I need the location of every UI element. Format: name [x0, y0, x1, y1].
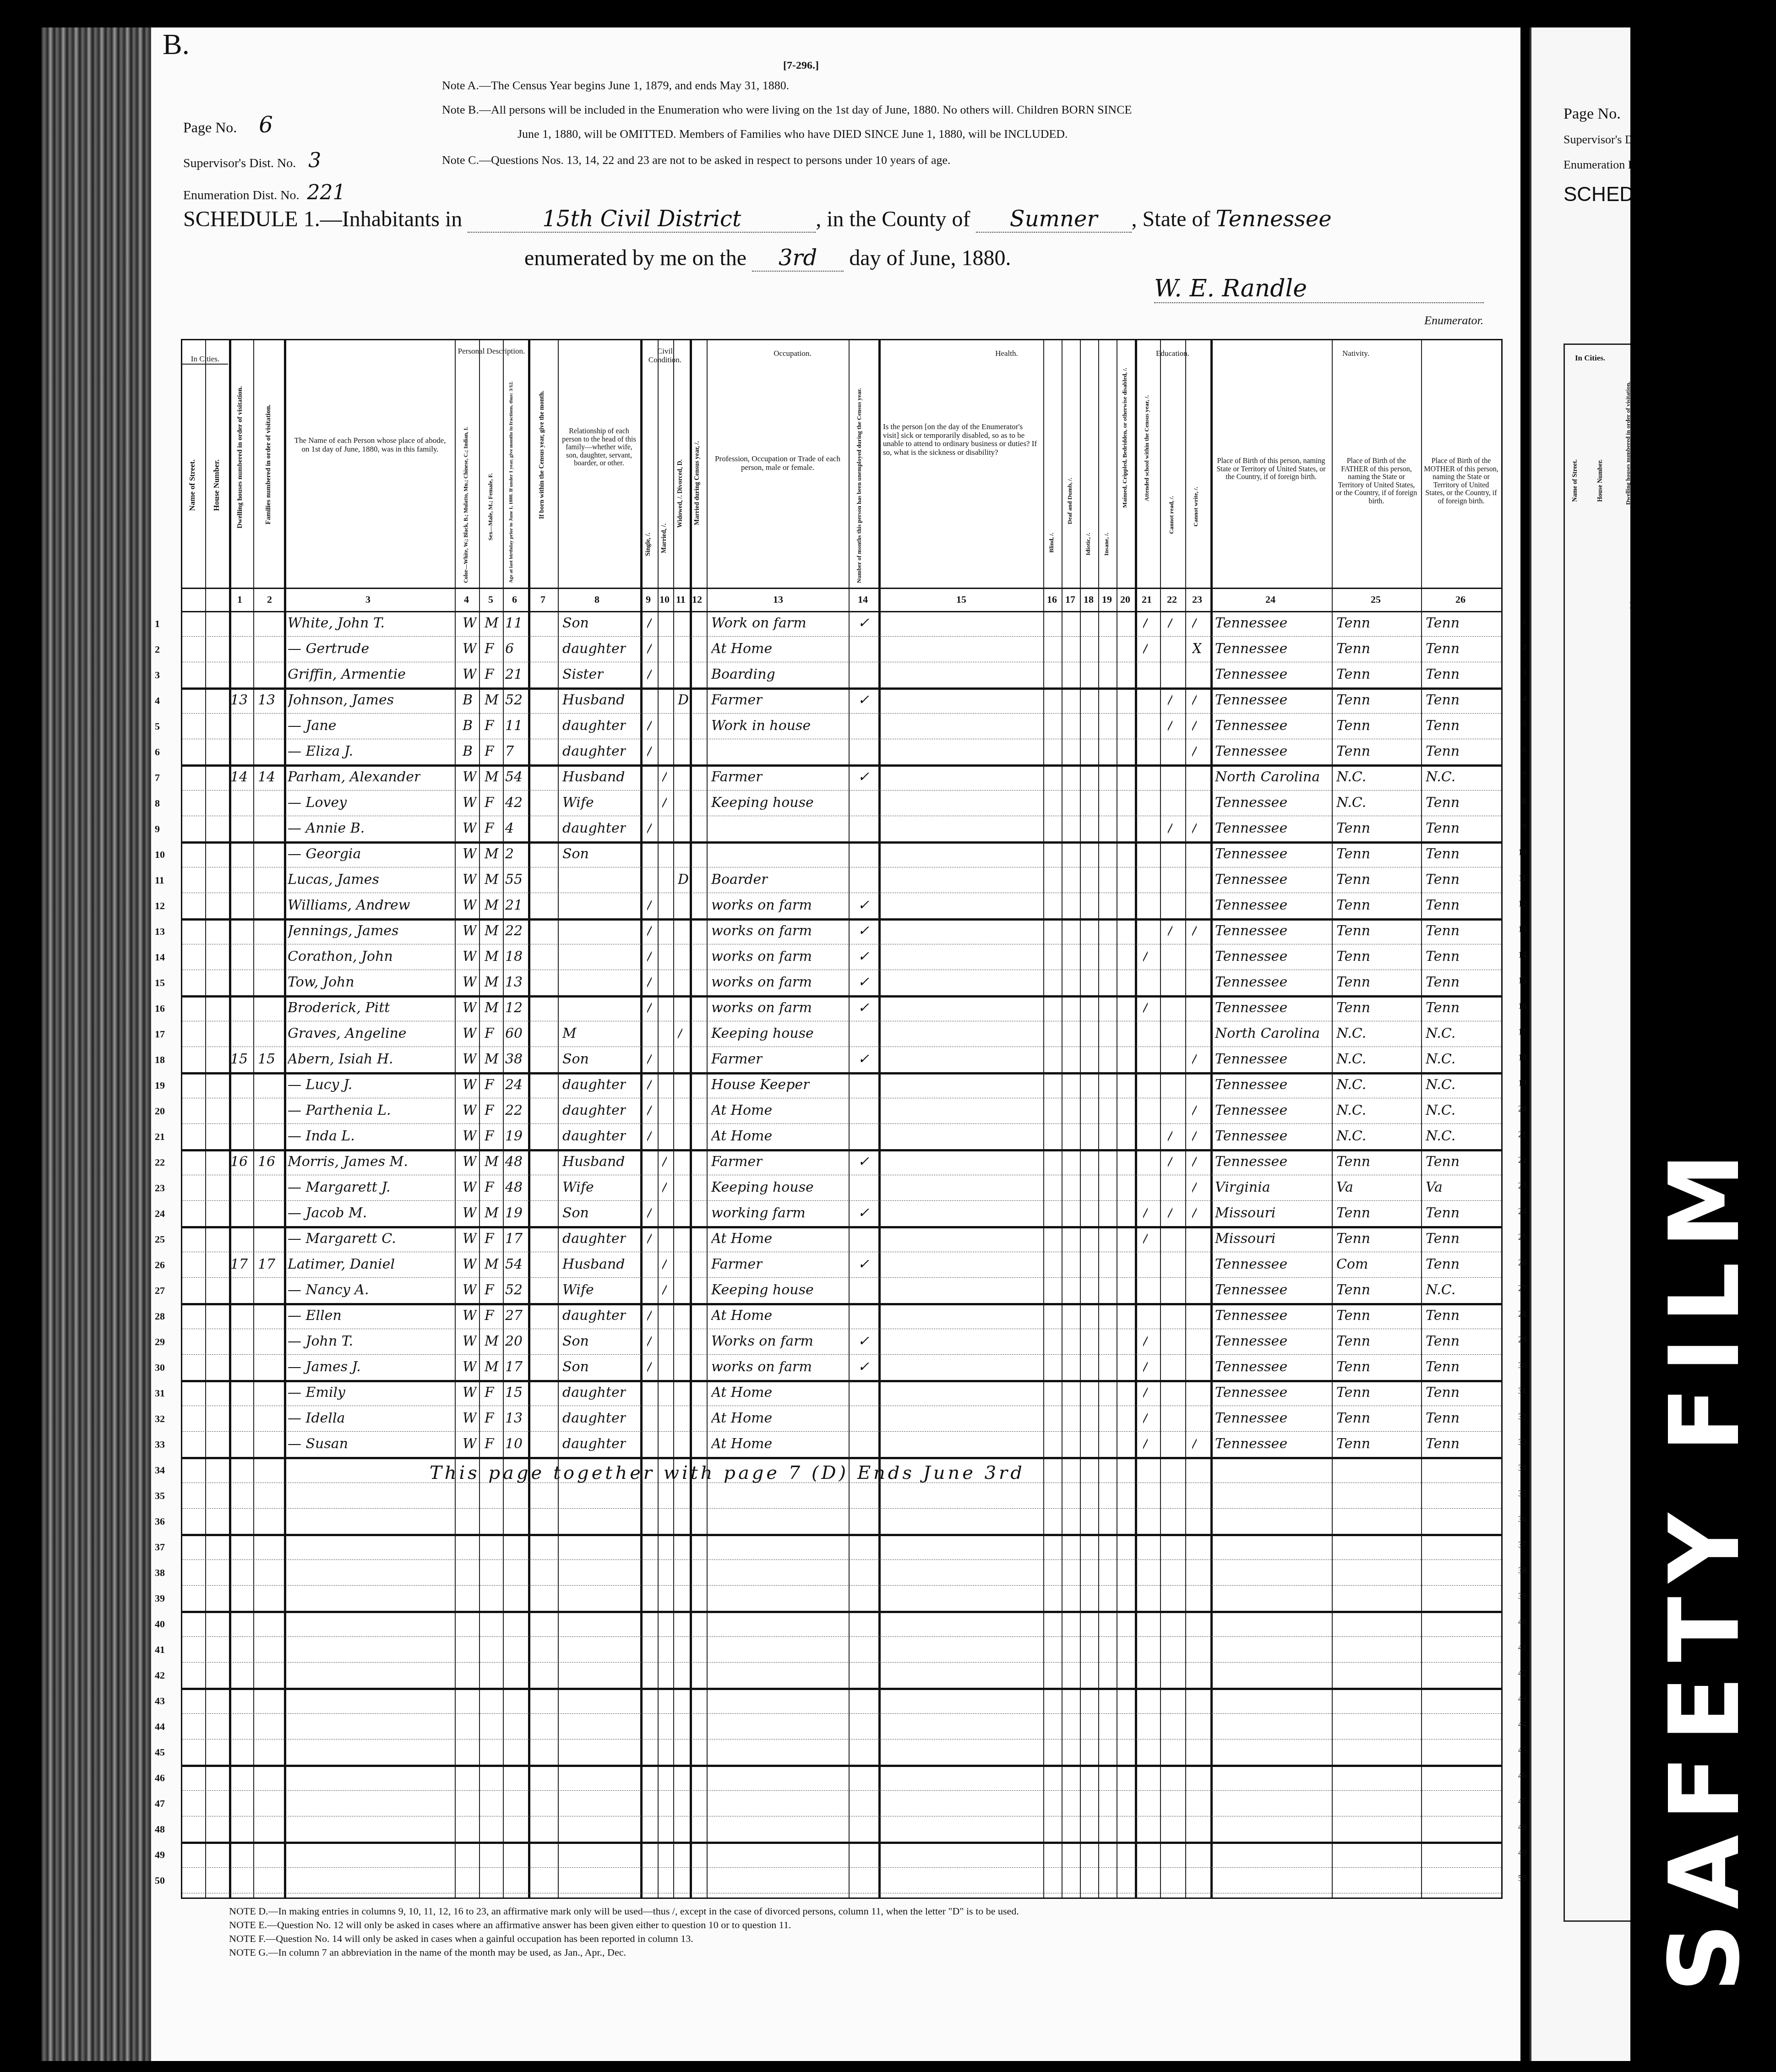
- row-number: 20: [155, 1105, 165, 1117]
- mother-birthplace-cell: Tenn: [1426, 1256, 1460, 1272]
- birthplace-cell: Virginia: [1215, 1179, 1270, 1195]
- note-e: NOTE E.—Question No. 12 will only be ask…: [229, 1919, 791, 1931]
- row-number-right: 35: [1518, 1489, 1526, 1499]
- color-cell: W: [463, 1359, 477, 1375]
- birthplace-cell: North Carolina: [1215, 769, 1320, 785]
- attended-school-cell: /: [1143, 1436, 1148, 1452]
- enumeration-label: Enumeration Dist. No.: [183, 188, 300, 202]
- mother-birthplace-cell: Tenn: [1426, 949, 1460, 965]
- person-name-cell: — Georgia: [288, 846, 361, 862]
- cannot-write-cell: /: [1192, 1205, 1197, 1221]
- single-cell: /: [647, 1077, 652, 1093]
- age-cell: 52: [505, 1282, 523, 1298]
- row-number-right: 9: [1522, 822, 1526, 832]
- supervisor-field: Supervisor's Dist. No. 3: [183, 149, 321, 172]
- row-number-right: 1: [1522, 617, 1526, 627]
- father-birthplace-cell: Tenn: [1336, 1333, 1370, 1349]
- enumerator-signature: W. E. Randle: [1154, 275, 1484, 303]
- birthplace-cell: Missouri: [1215, 1205, 1275, 1221]
- row-number-right: 26: [1518, 1258, 1526, 1268]
- colnum-2: 2: [267, 594, 272, 605]
- row-number-right: 13: [1518, 925, 1526, 934]
- father-birthplace-cell: Tenn: [1336, 692, 1370, 708]
- row-number: 46: [155, 1772, 165, 1784]
- relationship-cell: Son: [562, 1359, 589, 1375]
- row-number-right: 7: [1522, 771, 1526, 780]
- col-insane: Insane, /.: [1103, 533, 1110, 556]
- mother-birthplace-cell: N.C.: [1426, 1282, 1455, 1298]
- col-single: Single, /.: [645, 533, 652, 556]
- row-number: 48: [155, 1823, 165, 1835]
- birthplace-cell: Tennessee: [1215, 1436, 1287, 1452]
- mother-birthplace-cell: Tenn: [1426, 743, 1460, 759]
- birthplace-cell: Tennessee: [1215, 820, 1287, 836]
- page-no-field: Page No. 6: [183, 112, 273, 138]
- relationship-cell: Son: [562, 1051, 589, 1067]
- row-number-right: 33: [1518, 1438, 1526, 1447]
- mother-birthplace-cell: Tenn: [1426, 923, 1460, 939]
- mother-birthplace-cell: Tenn: [1426, 795, 1460, 811]
- occupation-cell: Work in house: [711, 718, 811, 734]
- father-birthplace-cell: Tenn: [1336, 1205, 1370, 1221]
- table-row: 3232— IdellaWF13daughterAt Home/Tennesse…: [182, 1406, 1501, 1432]
- note-a: Note A.—The Census Year begins June 1, 1…: [442, 79, 789, 93]
- relationship-cell: daughter: [562, 641, 626, 657]
- person-name-cell: Latimer, Daniel: [288, 1256, 395, 1272]
- birthplace-cell: Tennessee: [1215, 1308, 1287, 1324]
- person-name-cell: — Lucy J.: [288, 1077, 352, 1093]
- birthplace-cell: Tennessee: [1215, 615, 1287, 631]
- colnum-13: 13: [773, 594, 783, 605]
- attended-school-cell: /: [1143, 1231, 1148, 1247]
- occupation-cell: works on farm: [711, 1359, 812, 1375]
- row-number-right: 12: [1518, 899, 1526, 909]
- table-row: 3333— SusanWF10daughterAt Home//Tennesse…: [182, 1431, 1501, 1459]
- color-cell: W: [463, 1179, 477, 1195]
- occupation-cell: Keeping house: [711, 1025, 814, 1041]
- cannot-write-cell: /: [1192, 1102, 1197, 1118]
- enumerator-label: Enumerator.: [1424, 314, 1483, 327]
- mother-birthplace-cell: Tenn: [1426, 1385, 1460, 1401]
- row-number: 25: [155, 1233, 165, 1245]
- color-cell: W: [463, 641, 477, 657]
- col-family: Families numbered in order of visitation…: [265, 404, 272, 524]
- occupation-cell: At Home: [711, 1436, 772, 1452]
- age-cell: 24: [505, 1077, 523, 1093]
- table-row: 22— GertrudeWF6daughter/At Home/XTenness…: [182, 636, 1501, 662]
- row-number: 49: [155, 1849, 165, 1861]
- colnum-9: 9: [646, 594, 651, 605]
- row-number-right: 45: [1518, 1745, 1526, 1755]
- person-name-cell: Broderick, Pitt: [288, 1000, 390, 1016]
- note-c: Note C.—Questions Nos. 13, 14, 22 and 23…: [442, 153, 951, 167]
- months-unemployed-cell: ✓: [858, 769, 869, 785]
- birthplace-cell: Tennessee: [1215, 1128, 1287, 1144]
- colnum-23: 23: [1192, 594, 1202, 605]
- person-name-cell: — Jane: [288, 718, 337, 734]
- header-health: Health.: [878, 349, 1135, 358]
- father-birthplace-cell: Tenn: [1336, 872, 1370, 888]
- birthplace-cell: Tennessee: [1215, 692, 1287, 708]
- mother-birthplace-cell: Tenn: [1426, 666, 1460, 682]
- mother-birthplace-cell: Tenn: [1426, 615, 1460, 631]
- note-f: NOTE F.—Question No. 14 will only be ask…: [229, 1933, 693, 1945]
- age-cell: 20: [505, 1333, 523, 1349]
- table-row: 2727— Nancy A.WF52Wife/Keeping houseTenn…: [182, 1277, 1501, 1305]
- header-occupation: Occupation.: [707, 349, 878, 358]
- note-b: Note B.—All persons will be included in …: [442, 103, 1132, 117]
- col-school: Attended school within the Census year, …: [1143, 395, 1150, 501]
- colnum-26: 26: [1455, 594, 1465, 605]
- birthplace-cell: North Carolina: [1215, 1025, 1320, 1041]
- father-birthplace-cell: Tenn: [1336, 743, 1370, 759]
- age-cell: 48: [505, 1179, 523, 1195]
- birthplace-cell: Tennessee: [1215, 1359, 1287, 1375]
- row-number: 39: [155, 1592, 165, 1604]
- married-cell: /: [662, 1282, 667, 1298]
- row-number: 16: [155, 1003, 165, 1014]
- sex-cell: F: [485, 1282, 494, 1298]
- person-name-cell: — Gertrude: [288, 641, 369, 657]
- father-birthplace-cell: Tenn: [1336, 1154, 1370, 1170]
- row-number: 19: [155, 1080, 165, 1091]
- family-no-cell: 15: [258, 1051, 275, 1067]
- person-name-cell: Tow, John: [288, 974, 354, 990]
- row-number: 6: [155, 746, 160, 758]
- months-unemployed-cell: ✓: [858, 615, 869, 631]
- sex-cell: F: [485, 1231, 494, 1247]
- relationship-cell: Wife: [562, 1282, 594, 1298]
- occupation-cell: Farmer: [711, 692, 763, 708]
- row-number-right: 42: [1518, 1669, 1526, 1678]
- age-cell: 19: [505, 1128, 523, 1144]
- colnum-15: 15: [956, 594, 966, 605]
- sex-cell: F: [485, 1385, 494, 1401]
- age-cell: 17: [505, 1231, 523, 1247]
- person-name-cell: Lucas, James: [288, 872, 379, 888]
- person-name-cell: — Annie B.: [288, 820, 365, 836]
- person-name-cell: — Parthenia L.: [288, 1102, 391, 1118]
- color-cell: W: [463, 1410, 477, 1426]
- color-cell: W: [463, 872, 477, 888]
- relationship-cell: daughter: [562, 1102, 626, 1118]
- table-row: 88— LoveyWF42Wife/Keeping houseTennessee…: [182, 790, 1501, 816]
- enumeration-field: Enumeration Dist. No. 221: [183, 181, 346, 204]
- col-married-census: Married during Census year, /.: [694, 441, 701, 525]
- row-number: 13: [155, 926, 165, 938]
- person-name-cell: — John T.: [288, 1333, 353, 1349]
- father-birthplace-cell: N.C.: [1336, 769, 1366, 785]
- cannot-read-cell: /: [1168, 1154, 1172, 1170]
- row-number-right: 38: [1518, 1566, 1526, 1576]
- row-number: 5: [155, 720, 160, 732]
- age-cell: 7: [505, 743, 514, 759]
- col-cannot-write: Cannot write, /.: [1192, 487, 1199, 527]
- header-in-cities: In Cities.: [182, 355, 228, 365]
- birthplace-cell: Tennessee: [1215, 641, 1287, 657]
- relationship-cell: daughter: [562, 1385, 626, 1401]
- relationship-cell: Son: [562, 1333, 589, 1349]
- father-birthplace-cell: N.C.: [1336, 1102, 1366, 1118]
- person-name-cell: Morris, James M.: [288, 1154, 408, 1170]
- table-row-empty: 4444: [182, 1713, 1501, 1739]
- row-number-right: 40: [1518, 1617, 1526, 1627]
- page-no-label: Page No.: [183, 119, 237, 136]
- sex-cell: F: [485, 1128, 494, 1144]
- occupation-cell: Work on farm: [711, 615, 806, 631]
- table-row: 33Griffin, ArmentieWF21Sister/BoardingTe…: [182, 662, 1501, 690]
- age-cell: 27: [505, 1308, 523, 1324]
- father-birthplace-cell: Tenn: [1336, 897, 1370, 913]
- col-sickness: Is the person [on the day of the Enumera…: [883, 423, 1039, 457]
- occupation-cell: At Home: [711, 1385, 772, 1401]
- colnum-11: 11: [676, 594, 686, 605]
- cannot-write-cell: /: [1192, 1154, 1197, 1170]
- cannot-read-cell: /: [1168, 820, 1172, 836]
- row-number: 47: [155, 1798, 165, 1810]
- cannot-read-cell: /: [1168, 1205, 1172, 1221]
- table-row: 1212Williams, AndrewWM21/works on farm✓T…: [182, 893, 1501, 921]
- row-number-right: 18: [1518, 1053, 1526, 1063]
- mother-birthplace-cell: Tenn: [1426, 974, 1460, 990]
- age-cell: 22: [505, 1102, 523, 1118]
- right-page-no: Page No.: [1564, 105, 1621, 123]
- married-cell: /: [662, 769, 667, 785]
- person-name-cell: — Eliza J.: [288, 743, 353, 759]
- person-name-cell: — Lovey: [288, 795, 347, 811]
- age-cell: 54: [505, 769, 523, 785]
- enumerated-prefix: enumerated by me on the: [524, 246, 746, 270]
- single-cell: /: [647, 820, 652, 836]
- col-name: The Name of each Person whose place of a…: [290, 436, 450, 453]
- father-birthplace-cell: Tenn: [1336, 1282, 1370, 1298]
- relationship-cell: Husband: [562, 1256, 625, 1272]
- row-number-right: 27: [1518, 1284, 1526, 1293]
- row-number: 38: [155, 1567, 165, 1579]
- row-number-right: 4: [1522, 694, 1526, 703]
- book-binding: [41, 27, 151, 2061]
- table-row-empty: 3838: [182, 1559, 1501, 1586]
- col-married: Married, /.: [661, 523, 668, 553]
- age-cell: 21: [505, 666, 523, 682]
- color-cell: W: [463, 1308, 477, 1324]
- mother-birthplace-cell: Tenn: [1426, 692, 1460, 708]
- row-number: 4: [155, 695, 160, 707]
- father-birthplace-cell: Tenn: [1336, 846, 1370, 862]
- table-row-empty: 4646: [182, 1765, 1501, 1791]
- row-number: 44: [155, 1721, 165, 1733]
- cannot-write-cell: /: [1192, 718, 1197, 734]
- col-sex: Sex—Male, M.; Female, F.: [487, 473, 494, 540]
- birthplace-cell: Tennessee: [1215, 846, 1287, 862]
- color-cell: W: [463, 1128, 477, 1144]
- person-name-cell: — Idella: [288, 1410, 345, 1426]
- mother-birthplace-cell: Tenn: [1426, 718, 1460, 734]
- father-birthplace-cell: Tenn: [1336, 666, 1370, 682]
- col-unemployed: Number of months this person has been un…: [855, 368, 874, 583]
- mother-birthplace-cell: N.C.: [1426, 1128, 1455, 1144]
- months-unemployed-cell: ✓: [858, 949, 869, 965]
- color-cell: W: [463, 795, 477, 811]
- row-number-right: 43: [1518, 1694, 1526, 1704]
- row-number: 23: [155, 1182, 165, 1194]
- row-number: 32: [155, 1413, 165, 1425]
- row-number-right: 5: [1522, 720, 1526, 729]
- right-supervisor: Supervisor's Di: [1564, 133, 1637, 147]
- age-cell: 2: [505, 846, 514, 862]
- col-widowed: Widowed, /. Divorced, D.: [677, 459, 684, 528]
- age-cell: 10: [505, 1436, 523, 1452]
- single-cell: /: [647, 1333, 652, 1349]
- occupation-cell: Works on farm: [711, 1333, 813, 1349]
- married-cell: /: [662, 1154, 667, 1170]
- row-number-right: 39: [1518, 1592, 1526, 1601]
- row-number: 7: [155, 772, 160, 784]
- person-name-cell: — Margarett C.: [288, 1231, 396, 1247]
- relationship-cell: Husband: [562, 692, 625, 708]
- color-cell: W: [463, 615, 477, 631]
- birthplace-cell: Tennessee: [1215, 974, 1287, 990]
- row-number: 33: [155, 1439, 165, 1450]
- sex-cell: F: [485, 641, 494, 657]
- color-cell: W: [463, 1051, 477, 1067]
- attended-school-cell: /: [1143, 1359, 1148, 1375]
- row-number-right: 50: [1518, 1874, 1526, 1883]
- table-row: 1717Graves, AngelineWF60M/Keeping houseN…: [182, 1021, 1501, 1047]
- birthplace-cell: Tennessee: [1215, 923, 1287, 939]
- relationship-cell: daughter: [562, 1128, 626, 1144]
- family-no-cell: 14: [258, 769, 275, 785]
- single-cell: /: [647, 1359, 652, 1375]
- note-b-cont: June 1, 1880, will be OMITTED. Members o…: [518, 127, 1068, 141]
- age-cell: 11: [505, 718, 523, 734]
- col-idiotic: Idiotic, /.: [1084, 533, 1092, 555]
- row-number: 22: [155, 1156, 165, 1168]
- cannot-write-cell: /: [1192, 820, 1197, 836]
- table-row: 1313Jennings, JamesWM22/works on farm✓//…: [182, 918, 1501, 944]
- right-in-cities: In Cities.: [1565, 354, 1615, 363]
- single-cell: /: [647, 641, 652, 657]
- right-col-street: Name of Street.: [1572, 459, 1579, 502]
- colnum-1: 1: [237, 594, 242, 605]
- occupation-cell: works on farm: [711, 1000, 812, 1016]
- table-row: 441313Johnson, JamesBM52HusbandDFarmer✓/…: [182, 687, 1501, 714]
- occupation-cell: Keeping house: [711, 1179, 814, 1195]
- sex-cell: F: [485, 718, 494, 734]
- color-cell: W: [463, 1025, 477, 1041]
- age-cell: 18: [505, 949, 523, 965]
- row-number-right: 24: [1518, 1207, 1526, 1216]
- sex-cell: F: [485, 795, 494, 811]
- father-birthplace-cell: Tenn: [1336, 641, 1370, 657]
- table-row-empty: 4545: [182, 1739, 1501, 1767]
- row-number-right: 29: [1518, 1335, 1526, 1345]
- row-number-right: 22: [1518, 1156, 1526, 1165]
- single-cell: /: [647, 1000, 652, 1016]
- birthplace-cell: Tennessee: [1215, 1385, 1287, 1401]
- mother-birthplace-cell: Tenn: [1426, 1410, 1460, 1426]
- attended-school-cell: /: [1143, 641, 1148, 657]
- row-number-right: 17: [1518, 1027, 1526, 1037]
- col-maimed: Maimed, Crippled, Bedridden, or otherwis…: [1121, 368, 1128, 508]
- district-value: 15th Civil District: [468, 206, 816, 233]
- safety-film-label: SAFETY FILM: [1649, 1139, 1761, 1992]
- sex-cell: F: [485, 743, 494, 759]
- header-personal-description: Personal Description.: [455, 347, 528, 356]
- header-education: Education.: [1135, 349, 1210, 358]
- table-row: 18181515Abern, Isiah H.WM38Son/Farmer✓/T…: [182, 1047, 1501, 1074]
- color-cell: B: [463, 692, 473, 708]
- row-number: 45: [155, 1746, 165, 1758]
- table-row: 3030— James J.WM17Son/works on farm✓/Ten…: [182, 1354, 1501, 1382]
- color-cell: W: [463, 897, 477, 913]
- person-name-cell: — Nancy A.: [288, 1282, 369, 1298]
- row-number-right: 25: [1518, 1232, 1526, 1242]
- occupation-cell: works on farm: [711, 949, 812, 965]
- row-number: 11: [155, 874, 164, 886]
- relationship-cell: Husband: [562, 1154, 625, 1170]
- months-unemployed-cell: ✓: [858, 1333, 869, 1349]
- cannot-write-cell: /: [1192, 615, 1197, 631]
- color-cell: W: [463, 666, 477, 682]
- mother-birthplace-cell: Tenn: [1426, 1436, 1460, 1452]
- mother-birthplace-cell: Tenn: [1426, 1000, 1460, 1016]
- enumeration-value: 221: [307, 181, 346, 204]
- mother-birthplace-cell: N.C.: [1426, 1051, 1455, 1067]
- relationship-cell: Son: [562, 846, 589, 862]
- age-cell: 13: [505, 974, 523, 990]
- cannot-write-cell: /: [1192, 692, 1197, 708]
- table-row: 771414Parham, AlexanderWM54Husband/Farme…: [182, 764, 1501, 791]
- row-number: 8: [155, 797, 160, 809]
- color-cell: W: [463, 1385, 477, 1401]
- row-number-right: 49: [1518, 1848, 1526, 1858]
- row-number: 15: [155, 977, 165, 989]
- table-row-empty: 4848: [182, 1816, 1501, 1844]
- mother-birthplace-cell: Tenn: [1426, 641, 1460, 657]
- row-number: 17: [155, 1028, 165, 1040]
- single-cell: /: [647, 923, 652, 939]
- row-number-right: 28: [1518, 1309, 1526, 1319]
- col-mother-birthplace: Place of Birth of the MOTHER of this per…: [1423, 457, 1499, 506]
- sex-cell: M: [485, 923, 499, 939]
- colnum-6: 6: [512, 594, 517, 605]
- cannot-write-cell: /: [1192, 923, 1197, 939]
- colnum-10: 10: [659, 594, 670, 605]
- row-number: 10: [155, 849, 165, 861]
- age-cell: 60: [505, 1025, 523, 1041]
- person-name-cell: — Jacob M.: [288, 1205, 367, 1221]
- months-unemployed-cell: ✓: [858, 897, 869, 913]
- occupation-cell: Farmer: [711, 769, 763, 785]
- relationship-cell: Wife: [562, 795, 594, 811]
- row-number-right: 37: [1518, 1540, 1526, 1550]
- mother-birthplace-cell: Tenn: [1426, 1333, 1460, 1349]
- birthplace-cell: Tennessee: [1215, 743, 1287, 759]
- sex-cell: M: [485, 1205, 499, 1221]
- age-cell: 19: [505, 1205, 523, 1221]
- table-row: 3131— EmilyWF15daughterAt Home/Tennessee…: [182, 1380, 1501, 1406]
- birthplace-cell: Tennessee: [1215, 872, 1287, 888]
- age-cell: 48: [505, 1154, 523, 1170]
- relationship-cell: daughter: [562, 1231, 626, 1247]
- county-label: , in the County of: [816, 207, 970, 231]
- dwelling-no-cell: 14: [230, 769, 248, 785]
- sex-cell: M: [485, 615, 499, 631]
- occupation-cell: Keeping house: [711, 1282, 814, 1298]
- sex-cell: F: [485, 1436, 494, 1452]
- birthplace-cell: Tennessee: [1215, 1102, 1287, 1118]
